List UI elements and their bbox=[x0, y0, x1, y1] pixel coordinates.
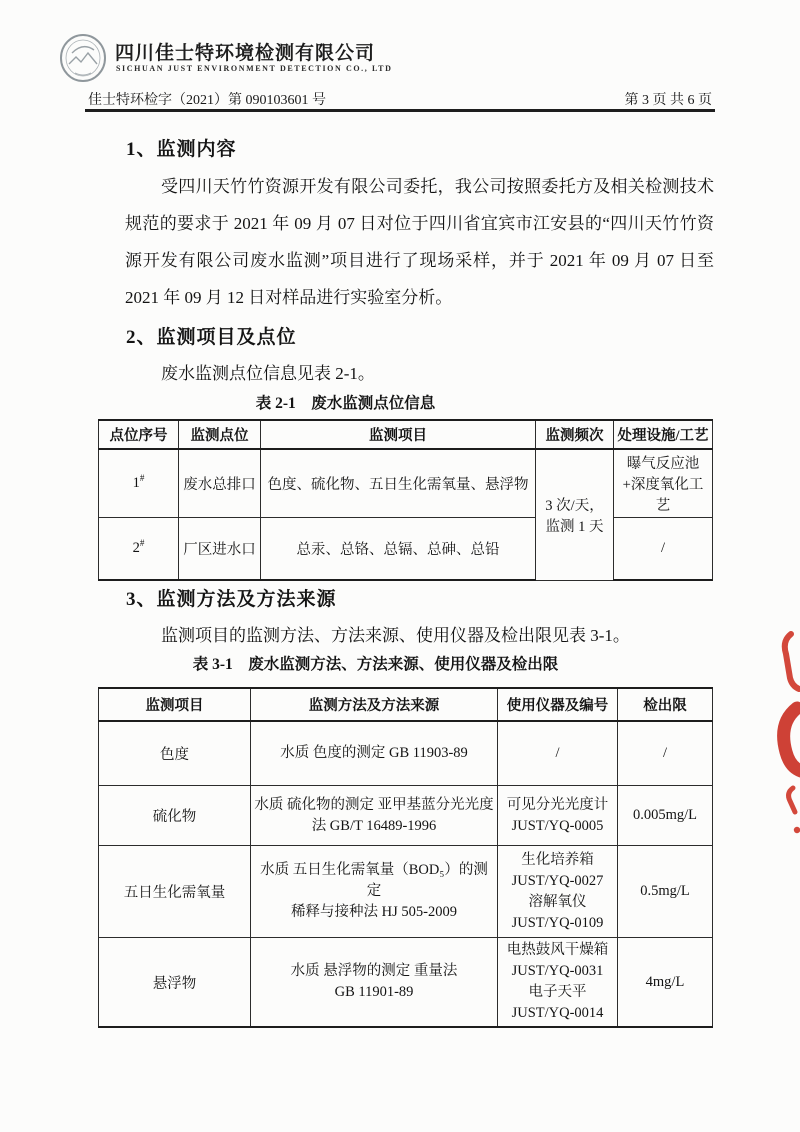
col-header-instrument: 使用仪器及编号 bbox=[498, 688, 618, 721]
section1-paragraph: 受四川天竹竹资源开发有限公司委托，我公司按照委托方及相关检测技术规范的要求于 2… bbox=[125, 168, 714, 316]
cell-method: 水质 五日生化需氧量（BOD₅）的测定 稀释与接种法 HJ 505-2009 bbox=[251, 846, 498, 938]
col-header-point-no: 点位序号 bbox=[99, 420, 179, 449]
cell-instrument: 电热鼓风干燥箱 JUST/YQ-0031 电子天平 JUST/YQ-0014 bbox=[498, 938, 618, 1028]
col-header-item: 监测项目 bbox=[99, 688, 251, 721]
table-row: 悬浮物 水质 悬浮物的测定 重量法 GB 11901-89 电热鼓风干燥箱 JU… bbox=[99, 938, 713, 1028]
cell-point-no: 2# bbox=[99, 518, 179, 581]
col-header-limit: 检出限 bbox=[618, 688, 713, 721]
cell-method: 水质 色度的测定 GB 11903-89 bbox=[251, 721, 498, 786]
section1-title: 1、监测内容 bbox=[126, 134, 237, 161]
cell-frequency-merged: 3 次/天， 监测 1 天 bbox=[536, 449, 614, 580]
cell-method: 水质 悬浮物的测定 重量法 GB 11901-89 bbox=[251, 938, 498, 1028]
company-name-cn: 四川佳士特环境检测有限公司 bbox=[115, 38, 375, 65]
cell-process: 曝气反应池+深度氧化工艺 bbox=[614, 449, 713, 518]
header-divider bbox=[85, 109, 715, 112]
table3-caption: 表 3-1 废水监测方法、方法来源、使用仪器及检出限 bbox=[98, 652, 653, 674]
table-row: 1# 废水总排口 色度、硫化物、五日生化需氧量、悬浮物 3 次/天， 监测 1 … bbox=[99, 449, 713, 518]
methods-table: 监测项目 监测方法及方法来源 使用仪器及编号 检出限 色度 水质 色度的测定 G… bbox=[98, 687, 713, 1028]
col-header-point: 监测点位 bbox=[179, 420, 261, 449]
cell-limit: 0.005mg/L bbox=[618, 786, 713, 846]
section3-paragraph: 监测项目的监测方法、方法来源、使用仪器及检出限见表 3-1。 bbox=[125, 617, 714, 654]
table-row: 色度 水质 色度的测定 GB 11903-89 / / bbox=[99, 721, 713, 786]
cell-point: 废水总排口 bbox=[179, 449, 261, 518]
report-number: 佳士特环检字（2021）第 090103601 号 bbox=[88, 89, 326, 109]
table-row: 硫化物 水质 硫化物的测定 亚甲基蓝分光光度法 GB/T 16489-1996 … bbox=[99, 786, 713, 846]
table-row: 五日生化需氧量 水质 五日生化需氧量（BOD₅）的测定 稀释与接种法 HJ 50… bbox=[99, 846, 713, 938]
cell-point-no: 1# bbox=[99, 449, 179, 518]
red-seal-edge-icon bbox=[770, 628, 800, 843]
table2-caption: 表 2-1 废水监测点位信息 bbox=[98, 391, 593, 413]
cell-item: 硫化物 bbox=[99, 786, 251, 846]
section3-title: 3、监测方法及方法来源 bbox=[126, 584, 337, 611]
cell-method: 水质 硫化物的测定 亚甲基蓝分光光度法 GB/T 16489-1996 bbox=[251, 786, 498, 846]
section2-title: 2、监测项目及点位 bbox=[126, 322, 297, 349]
col-header-process: 处理设施/工艺 bbox=[614, 420, 713, 449]
cell-items: 色度、硫化物、五日生化需氧量、悬浮物 bbox=[261, 449, 536, 518]
table-header-row: 监测项目 监测方法及方法来源 使用仪器及编号 检出限 bbox=[99, 688, 713, 721]
wastewater-points-table: 点位序号 监测点位 监测项目 监测频次 处理设施/工艺 1# 废水总排口 色度、… bbox=[98, 419, 713, 581]
cell-process: / bbox=[614, 518, 713, 581]
section2-paragraph: 废水监测点位信息见表 2-1。 bbox=[125, 355, 714, 392]
cell-instrument: 可见分光光度计 JUST/YQ-0005 bbox=[498, 786, 618, 846]
col-header-method: 监测方法及方法来源 bbox=[251, 688, 498, 721]
report-reference-row: 佳士特环检字（2021）第 090103601 号 第 3 页 共 6 页 bbox=[88, 89, 712, 109]
cell-instrument: 生化培养箱 JUST/YQ-0027 溶解氧仪 JUST/YQ-0109 bbox=[498, 846, 618, 938]
cell-limit: 4mg/L bbox=[618, 938, 713, 1028]
table-header-row: 点位序号 监测点位 监测项目 监测频次 处理设施/工艺 bbox=[99, 420, 713, 449]
company-name-en: SICHUAN JUST ENVIRONMENT DETECTION CO., … bbox=[116, 64, 392, 73]
col-header-items: 监测项目 bbox=[261, 420, 536, 449]
cell-point: 厂区进水口 bbox=[179, 518, 261, 581]
page-indicator: 第 3 页 共 6 页 bbox=[625, 89, 713, 109]
cell-instrument: / bbox=[498, 721, 618, 786]
cell-limit: / bbox=[618, 721, 713, 786]
col-header-frequency: 监测频次 bbox=[536, 420, 614, 449]
company-logo-icon bbox=[59, 33, 107, 83]
cell-items: 总汞、总铬、总镉、总砷、总铅 bbox=[261, 518, 536, 581]
cell-item: 色度 bbox=[99, 721, 251, 786]
table-row: 2# 厂区进水口 总汞、总铬、总镉、总砷、总铅 / bbox=[99, 518, 713, 581]
cell-limit: 0.5mg/L bbox=[618, 846, 713, 938]
cell-item: 悬浮物 bbox=[99, 938, 251, 1028]
cell-item: 五日生化需氧量 bbox=[99, 846, 251, 938]
